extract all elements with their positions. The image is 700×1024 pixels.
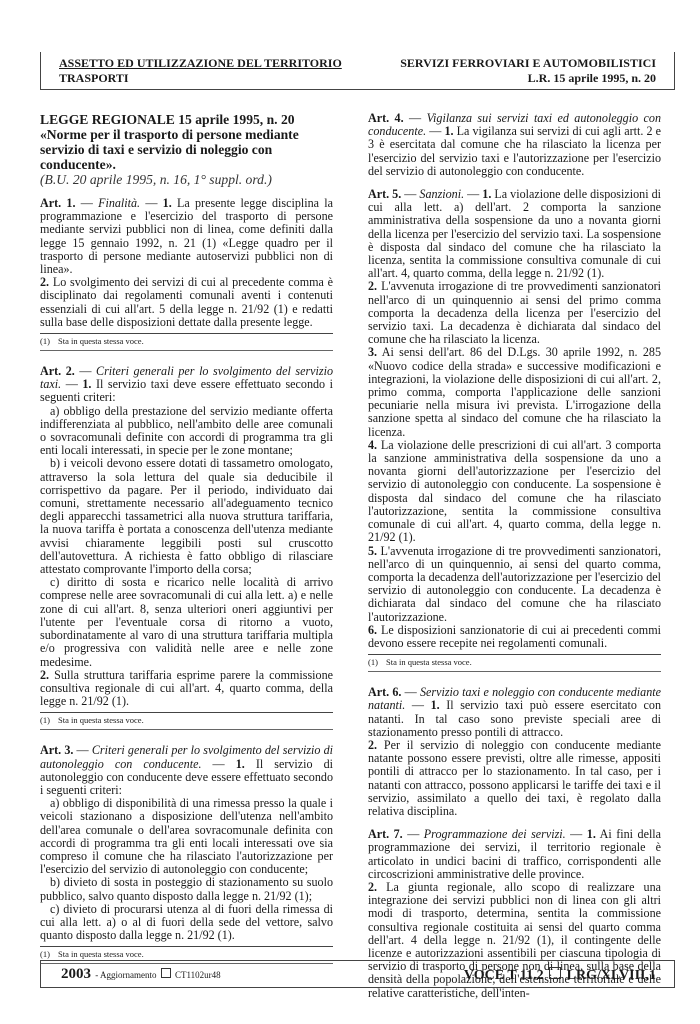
paragraph-number: 2. [40, 275, 49, 289]
footer-code: CT1102ur48 [175, 970, 221, 980]
paragraph-number: 2. [40, 668, 49, 682]
paragraph-text: La presente legge disciplina la programm… [40, 196, 333, 276]
footer-year: 2003 [61, 966, 91, 982]
footnote-number: (1) [40, 949, 58, 960]
left-column: LEGGE REGIONALE 15 aprile 1995, n. 20 «N… [40, 112, 333, 978]
paragraph-number: 1. [482, 187, 491, 201]
footnote-number: (1) [368, 657, 386, 668]
paragraph-number: 1. [587, 827, 596, 841]
page-footer: 2003 - Aggiornamento CT1102ur48 VOCE T 1… [40, 960, 675, 988]
paragraph-number: 3. [368, 345, 377, 359]
article-5: Art. 5. — Sanzioni. — 1. La violazione d… [368, 188, 661, 650]
paragraph-text: La violazione delle prescrizioni di cui … [368, 438, 661, 544]
footnote-text: Sta in questa stessa voce. [386, 657, 472, 667]
page-header: ASSETTO ED UTILIZZAZIONE DEL TERRITORIO … [40, 52, 675, 90]
paragraph-number: 1. [163, 196, 172, 210]
list-item-b: b) divieto di sosta in posteggio di staz… [40, 876, 333, 902]
list-item-c: c) divieto di procurarsi utenza al di fu… [40, 903, 333, 943]
paragraph-text: L'avvenuta irrogazione di tre provvedime… [368, 279, 661, 346]
footnote: (1)Sta in questa stessa voce. [40, 712, 333, 730]
paragraph-number: 4. [368, 438, 377, 452]
list-item-a: a) obbligo di disponibilità di una rimes… [40, 797, 333, 876]
article-4: Art. 4. — Vigilanza sui servizi taxi ed … [368, 112, 661, 178]
law-publication-ref: (B.U. 20 aprile 1995, n. 16, 1° suppl. o… [40, 172, 333, 187]
paragraph-number: 1. [236, 757, 245, 771]
header-right: SERVIZI FERROVIARI E AUTOMOBILISTICI L.R… [400, 56, 656, 86]
header-left: ASSETTO ED UTILIZZAZIONE DEL TERRITORIO … [59, 56, 342, 86]
article-number: Art. 5. [368, 187, 401, 201]
list-item-a: a) obbligo della prestazione del servizi… [40, 405, 333, 458]
article-1: Art. 1. — Finalità. — 1. La presente leg… [40, 197, 333, 329]
right-column: Art. 4. — Vigilanza sui servizi taxi ed … [368, 112, 661, 1000]
paragraph-number: 2. [368, 880, 377, 894]
article-number: Art. 1. [40, 196, 75, 210]
footnote-text: Sta in questa stessa voce. [58, 715, 144, 725]
paragraph-text: Lo svolgimento dei servizi di cui al pre… [40, 275, 333, 329]
paragraph-text: L'avvenuta irrogazione di tre provvedime… [368, 544, 661, 624]
header-category: SERVIZI FERROVIARI E AUTOMOBILISTICI [400, 56, 656, 71]
list-item-c: c) diritto di sosta e ricarico nelle loc… [40, 576, 333, 668]
article-number: Art. 7. [368, 827, 403, 841]
footer-update-label: - Aggiornamento [95, 970, 156, 980]
law-subtitle: «Norme per il trasporto di persone media… [40, 127, 333, 172]
paragraph-number: 1. [444, 124, 453, 138]
footer-right: VOCE T 11.2 LRG/XLVIII,1 [464, 967, 656, 984]
article-title: Finalità. [98, 196, 140, 210]
article-2: Art. 2. — Criteri generali per lo svolgi… [40, 365, 333, 708]
paragraph-text: La violazione delle disposizioni di cui … [368, 187, 661, 280]
footnote-number: (1) [40, 336, 58, 347]
footnote-text: Sta in questa stessa voce. [58, 336, 144, 346]
footer-volume: LRG/XLVIII,1 [567, 968, 656, 983]
header-section-title: ASSETTO ED UTILIZZAZIONE DEL TERRITORIO [59, 56, 342, 71]
paragraph-text: Ai sensi dell'art. 86 del D.Lgs. 30 apri… [368, 345, 661, 438]
article-number: Art. 6. [368, 685, 401, 699]
square-separator-icon [161, 968, 171, 978]
article-3: Art. 3. — Criteri generali per lo svolgi… [40, 744, 333, 942]
square-separator-icon [549, 967, 561, 979]
law-title: LEGGE REGIONALE 15 aprile 1995, n. 20 [40, 112, 333, 127]
paragraph-number: 1. [82, 377, 91, 391]
paragraph-number: 2. [368, 738, 377, 752]
article-6: Art. 6. — Servizio taxi e noleggio con c… [368, 686, 661, 818]
article-number: Art. 3. [40, 743, 73, 757]
paragraph-number: 5. [368, 544, 377, 558]
footnote: (1)Sta in questa stessa voce. [368, 654, 661, 672]
paragraph-text: Le disposizioni sanzionatorie di cui ai … [368, 623, 661, 650]
paragraph-text: Il servizio taxi può essere esercitato c… [368, 698, 661, 738]
article-title: Sanzioni. [419, 187, 464, 201]
footnote: (1)Sta in questa stessa voce. [40, 333, 333, 351]
paragraph-text: Per il servizio di noleggio con conducen… [368, 738, 661, 818]
footnote-text: Sta in questa stessa voce. [58, 949, 144, 959]
paragraph-number: 2. [368, 279, 377, 293]
article-number: Art. 2. [40, 364, 75, 378]
paragraph-text: Sulla struttura tariffaria esprime parer… [40, 668, 333, 708]
paragraph-number: 6. [368, 623, 377, 637]
footnote-number: (1) [40, 715, 58, 726]
article-number: Art. 4. [368, 111, 404, 125]
list-item-b: b) i veicoli devono essere dotati di tas… [40, 457, 333, 576]
paragraph-number: 1. [431, 698, 440, 712]
footer-voce: VOCE T 11.2 [464, 968, 544, 983]
header-subsection-title: TRASPORTI [59, 71, 342, 86]
header-law-ref: L.R. 15 aprile 1995, n. 20 [400, 71, 656, 86]
footer-left: 2003 - Aggiornamento CT1102ur48 [61, 966, 221, 983]
article-title: Programmazione dei servizi. [424, 827, 566, 841]
